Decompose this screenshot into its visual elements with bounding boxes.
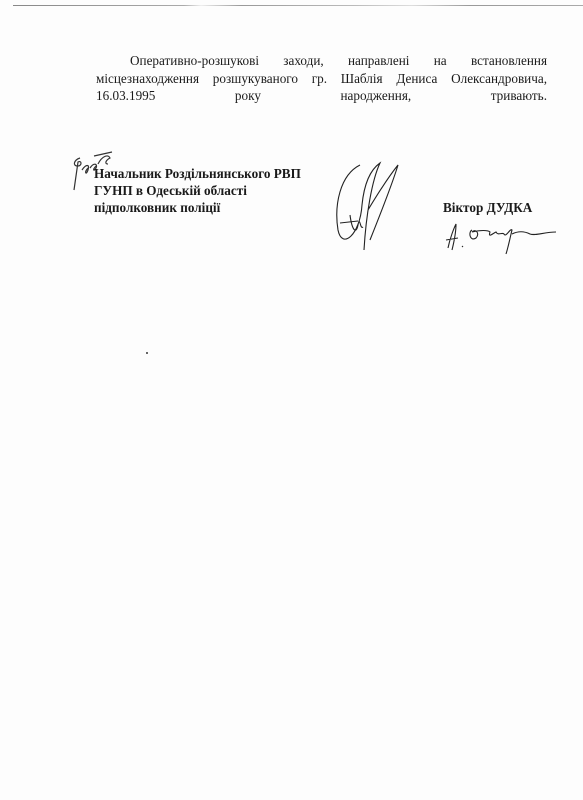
body-paragraph: Оперативно-розшукові заходи, направлені … bbox=[96, 52, 547, 105]
word: направлені bbox=[348, 53, 409, 68]
rank-line: підполковник поліції bbox=[94, 199, 301, 216]
handwritten-signature-icon bbox=[440, 218, 560, 258]
scan-speck bbox=[146, 352, 148, 354]
position-line-2: ГУНП в Одеській області bbox=[94, 182, 301, 199]
word: Дениса bbox=[396, 71, 437, 86]
position-line-1: Начальник Роздільнянського РВП bbox=[94, 165, 301, 182]
word: на bbox=[434, 53, 447, 68]
word: місцезнаходження bbox=[96, 71, 199, 86]
word: Оперативно-розшукові bbox=[130, 53, 259, 68]
word: заходи, bbox=[283, 53, 323, 68]
signatory-position: Начальник Роздільнянського РВП ГУНП в Од… bbox=[94, 165, 301, 216]
word: Шаблія bbox=[341, 71, 383, 86]
scan-edge-line bbox=[13, 5, 583, 6]
signatory-name: Віктор ДУДКА bbox=[443, 200, 532, 216]
paragraph-line-3: 16.03.1995 року народження, тривають. bbox=[96, 87, 547, 105]
word: Олександровича, bbox=[451, 71, 547, 86]
signature-scribble-icon bbox=[330, 155, 405, 260]
paragraph-line-1: Оперативно-розшукові заходи, направлені … bbox=[96, 52, 547, 70]
word: встановлення bbox=[471, 53, 547, 68]
document-page: Оперативно-розшукові заходи, направлені … bbox=[0, 0, 583, 800]
paragraph-line-2: місцезнаходження розшукуваного гр. Шаблі… bbox=[96, 70, 547, 88]
word: гр. bbox=[312, 71, 327, 86]
word: розшукуваного bbox=[213, 71, 298, 86]
